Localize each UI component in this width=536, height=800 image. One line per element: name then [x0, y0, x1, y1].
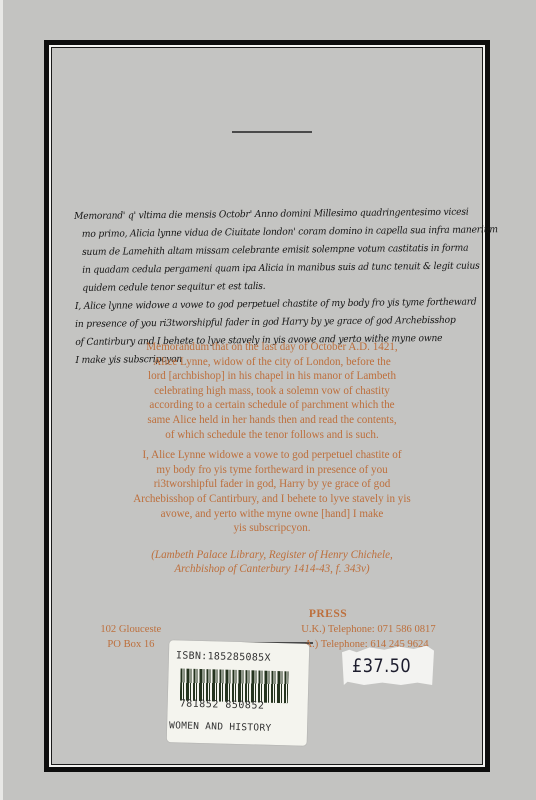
- isbn-number: ISBN:185285085X: [176, 650, 271, 663]
- publisher-address-uk: 102 GloucesteU.K.) Telephone: 071 586 08…: [0, 622, 536, 637]
- translation-text: Memorandum that on the last day of Octob…: [82, 340, 462, 583]
- isbn-barcode-sticker: ISBN:185285085X 781852 850852 WOMEN AND …: [167, 640, 310, 746]
- source-citation: (Lambeth Palace Library, Register of Hen…: [82, 548, 462, 577]
- book-title-label: WOMEN AND HISTORY: [169, 720, 272, 734]
- translation-paragraph-memorandum: Memorandum that on the last day of Octob…: [82, 340, 462, 442]
- barcode-digits: 781852 850852: [180, 698, 265, 711]
- publisher-name: PRESS: [0, 607, 536, 622]
- translation-paragraph-vow: I, Alice Lynne widowe a vowe to god perp…: [82, 448, 462, 536]
- top-divider-rule: [232, 131, 312, 133]
- price-label: £37.50: [352, 655, 411, 677]
- book-spine-edge: [0, 0, 3, 800]
